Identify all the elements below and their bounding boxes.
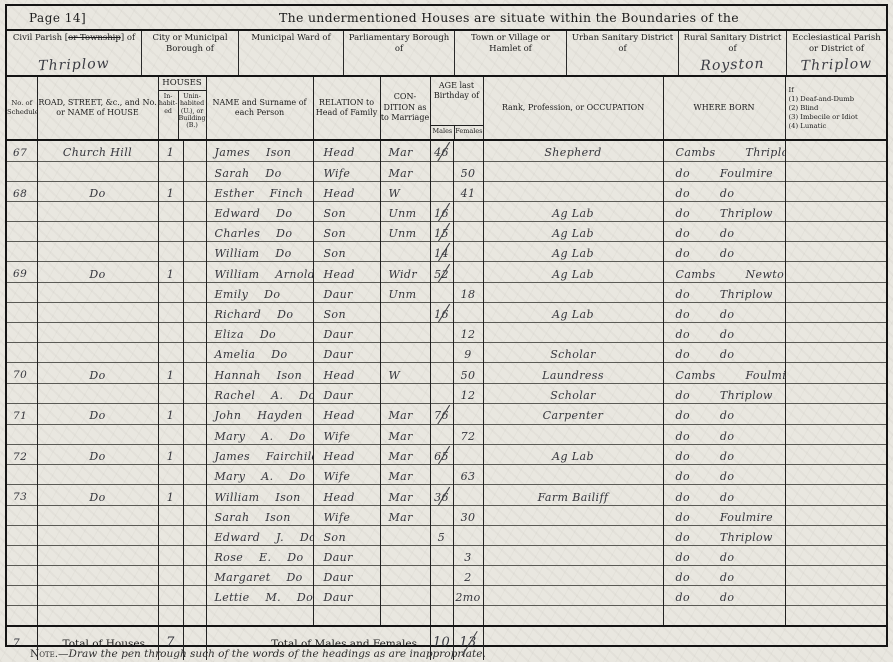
table-row: Margaret DoDaur2do do — [7, 566, 886, 586]
town-village-label: Town or Village or Hamlet of — [471, 33, 550, 54]
cell-age_m — [430, 424, 453, 444]
parliamentary-borough-value — [344, 72, 454, 76]
cell-born: do do — [663, 444, 785, 465]
cell-age_m-value: 36 — [434, 492, 449, 505]
cell-age_m — [430, 161, 453, 181]
cell-age_m — [430, 283, 453, 303]
cell-relation-value: Daur — [314, 552, 353, 565]
header-females: Females — [454, 126, 482, 139]
cell-schedule — [7, 525, 37, 545]
cell-uninhabited — [183, 222, 206, 242]
cell-age_f: 18 — [453, 283, 483, 303]
cell-infirmity — [785, 383, 886, 403]
cell-road: Do — [37, 485, 158, 506]
cell-age_f-value: 50 — [461, 168, 476, 181]
cell-age_m: 36 — [430, 485, 453, 506]
cell-schedule-value — [7, 439, 13, 440]
cell-name-value: Amelia Do — [207, 349, 288, 362]
cell-condition-value — [381, 560, 389, 561]
cell-relation: Head — [313, 444, 380, 465]
cell-infirmity — [785, 283, 886, 303]
cell-name: Sarah Ison — [206, 505, 313, 525]
ecclesiastical-parish-label: Ecclesiastical Parish or District of — [792, 33, 880, 54]
cell-age_m-value: 52 — [434, 269, 449, 282]
cell-name-value: Charles Do — [207, 228, 293, 241]
cell-relation-value: Wife — [314, 471, 351, 484]
table-row: 68Do1Esther FinchHeadW41do do — [7, 181, 886, 202]
cell-condition: Mar — [380, 161, 430, 181]
cell-occupation — [483, 586, 663, 606]
cell-born-value: do Thriplow — [664, 208, 773, 221]
cell-name: Emily Do — [206, 283, 313, 303]
cell-name-value — [207, 620, 215, 621]
cell-name-value: Margaret Do — [207, 572, 303, 585]
cell-road — [37, 303, 158, 323]
table-row: 69Do1William ArnoldHeadWidr52Ag LabCambs… — [7, 262, 886, 283]
cell-born: do do — [663, 222, 785, 242]
cell-inhabited: 1 — [158, 181, 183, 202]
cell-inhabited-value: 1 — [167, 147, 174, 160]
cell-infirmity — [785, 161, 886, 181]
cell-condition-value: Unm — [381, 289, 417, 302]
town-village-value — [455, 72, 566, 76]
cell-relation — [313, 606, 380, 627]
cell-infirmity — [785, 140, 886, 161]
cell-road — [37, 525, 158, 545]
cell-name-value: William Arnold — [207, 269, 314, 282]
cell-relation-value: Son — [314, 532, 346, 545]
cell-occupation: Carpenter — [483, 404, 663, 425]
cell-schedule-value — [7, 560, 13, 561]
cell-relation-value: Daur — [314, 289, 353, 302]
cell-occupation: Ag Lab — [483, 303, 663, 323]
cell-condition — [380, 586, 430, 606]
cell-name-value: Rose E. Do — [207, 552, 304, 565]
cell-name-value: James Ison — [207, 147, 292, 160]
cell-uninhabited — [183, 586, 206, 606]
cell-name-value: Richard Do — [207, 309, 294, 322]
cell-road-value: Do — [89, 370, 105, 383]
cell-schedule-value — [7, 256, 13, 257]
sheet-title: The undermentioned Houses are situate wi… — [279, 10, 886, 25]
cell-age_f — [453, 202, 483, 222]
cell-condition-value: Mar — [381, 431, 413, 444]
header-age-group: AGE last Birthday of Males Females — [430, 77, 483, 140]
cell-born: do do — [663, 303, 785, 323]
cell-inhabited — [158, 586, 183, 606]
cell-schedule: 68 — [7, 181, 37, 202]
cell-inhabited — [158, 525, 183, 545]
cell-name-value: Edward Do — [207, 208, 293, 221]
table-row: William DoSon14Ag Labdo do — [7, 242, 886, 262]
cell-age_f-value: 41 — [461, 188, 476, 201]
cell-occupation — [483, 181, 663, 202]
cell-condition-value — [381, 398, 389, 399]
cell-relation-value: Daur — [314, 349, 353, 362]
cell-road-value: Do — [89, 269, 105, 282]
cell-age_f-value: 12 — [461, 390, 476, 403]
cell-age_m — [430, 586, 453, 606]
cell-infirmity — [785, 566, 886, 586]
table-row: Amelia DoDaur9Scholardo do — [7, 343, 886, 363]
cell-infirmity — [785, 242, 886, 262]
cell-born-value: do Foulmire — [664, 512, 774, 525]
cell-uninhabited — [183, 283, 206, 303]
cell-infirmity — [785, 323, 886, 343]
cell-condition: Mar — [380, 465, 430, 485]
cell-condition: Mar — [380, 505, 430, 525]
cell-age_m: 65 — [430, 444, 453, 465]
cell-born-value: do do — [664, 592, 735, 605]
cell-age_f-value: 72 — [461, 431, 476, 444]
civil-parish-label-post: ] of — [121, 33, 135, 43]
cell-born-value: do Thriplow — [664, 390, 773, 403]
header-houses-group: HOUSES In-habit-ed Unin-habited (U.), or… — [158, 77, 206, 140]
cell-name: James Fairchild — [206, 444, 313, 465]
cell-age_m-value: 76 — [434, 410, 449, 423]
cell-age_f: 63 — [453, 465, 483, 485]
cell-road: Do — [37, 444, 158, 465]
cell-relation-value: Head — [314, 451, 355, 464]
cell-inhabited — [158, 202, 183, 222]
cell-road — [37, 424, 158, 444]
cell-relation-value: Wife — [314, 168, 351, 181]
cell-relation: Wife — [313, 465, 380, 485]
cell-condition: Mar — [380, 404, 430, 425]
cell-infirmity — [785, 181, 886, 202]
cell-age_f-value: 9 — [464, 349, 471, 362]
cell-uninhabited — [183, 485, 206, 506]
cell-schedule — [7, 606, 37, 627]
cell-inhabited: 1 — [158, 404, 183, 425]
cell-condition-value — [381, 540, 389, 541]
cell-age_f: 41 — [453, 181, 483, 202]
cell-road — [37, 202, 158, 222]
parliamentary-borough-box: Parliamentary Borough of — [344, 31, 455, 75]
cell-age_m: 46 — [430, 140, 453, 161]
cell-schedule-value — [7, 216, 13, 217]
cell-schedule-value: 72 — [7, 452, 27, 465]
cell-age_f-value: 18 — [461, 289, 476, 302]
cell-born: do Thriplow — [663, 283, 785, 303]
cell-age_m: 5 — [430, 525, 453, 545]
cell-relation: Wife — [313, 505, 380, 525]
cell-condition — [380, 525, 430, 545]
cell-relation: Head — [313, 363, 380, 384]
cell-age_f — [453, 444, 483, 465]
cell-infirmity — [785, 222, 886, 242]
cell-schedule-value — [7, 236, 13, 237]
cell-age_m — [430, 323, 453, 343]
cell-born: do Thriplow — [663, 202, 785, 222]
cell-relation-value: Son — [314, 208, 346, 221]
cell-uninhabited — [183, 262, 206, 283]
cell-uninhabited — [183, 181, 206, 202]
cell-infirmity — [785, 606, 886, 627]
cell-age_f: 50 — [453, 363, 483, 384]
cell-occupation: Scholar — [483, 383, 663, 403]
table-row: Mary A. DoWifeMar72do do — [7, 424, 886, 444]
cell-condition-value: W — [381, 370, 401, 383]
table-row: Rose E. DoDaur3do do — [7, 546, 886, 566]
cell-born-value: do do — [664, 188, 735, 201]
cell-relation-value: Head — [314, 269, 355, 282]
cell-schedule — [7, 465, 37, 485]
cell-condition — [380, 383, 430, 403]
header-uninhabited: Unin-habited (U.), or Building (B.) — [178, 91, 206, 139]
cell-born: Cambs Thriplow — [663, 140, 785, 161]
cell-schedule — [7, 222, 37, 242]
cell-schedule — [7, 383, 37, 403]
cell-age_f: 30 — [453, 505, 483, 525]
ecclesiastical-parish-box: Ecclesiastical Parish or District of Thr… — [787, 31, 886, 75]
infirmity-line-4: (4) Lunatic — [789, 122, 887, 131]
cell-condition-value: Mar — [381, 492, 413, 505]
cell-uninhabited — [183, 444, 206, 465]
header-schedule: No. of Schedule — [7, 77, 37, 140]
cell-infirmity — [785, 586, 886, 606]
cell-relation: Daur — [313, 323, 380, 343]
cell-relation: Head — [313, 404, 380, 425]
cell-relation: Son — [313, 202, 380, 222]
cell-condition-value: Mar — [381, 471, 413, 484]
cell-born-value: do do — [664, 492, 735, 505]
cell-road-value: Do — [89, 188, 105, 201]
municipal-borough-value — [142, 72, 238, 75]
header-road: ROAD, STREET, &c., and No. or NAME of HO… — [37, 77, 158, 140]
cell-condition-value — [381, 317, 389, 318]
cell-relation: Son — [313, 525, 380, 545]
civil-parish-label-pre: Civil Parish [ — [13, 33, 68, 43]
cell-born: do Thriplow — [663, 525, 785, 545]
cell-age_f — [453, 222, 483, 242]
cell-occupation-value: Ag Lab — [552, 248, 594, 261]
cell-road-value: Do — [89, 451, 105, 464]
cell-age_m: 16 — [430, 202, 453, 222]
cell-occupation-value: Ag Lab — [552, 208, 594, 221]
cell-relation-value: Head — [314, 410, 355, 423]
cell-born-value: Cambs Foulmire — [664, 370, 786, 383]
cell-born-value: Cambs Thriplow — [664, 147, 786, 160]
cell-inhabited-value: 1 — [167, 492, 174, 505]
cell-relation-value: Son — [314, 248, 346, 261]
cell-relation: Daur — [313, 566, 380, 586]
cell-age_f-value: 50 — [461, 370, 476, 383]
cell-age_m-value: 46 — [434, 147, 449, 160]
cell-condition: Mar — [380, 424, 430, 444]
cell-schedule-value — [7, 479, 13, 480]
page-number: Page 14] — [7, 11, 279, 25]
cell-condition-value — [381, 600, 389, 601]
cell-inhabited — [158, 606, 183, 627]
cell-born-value: do do — [664, 349, 735, 362]
cell-relation-value: Wife — [314, 512, 351, 525]
cell-uninhabited — [183, 323, 206, 343]
cell-born-value: do do — [664, 451, 735, 464]
census-rows: 67Church Hill1James IsonHeadMar46Shepher… — [7, 140, 886, 626]
cell-relation: Daur — [313, 546, 380, 566]
cell-age_f-value: 12 — [461, 329, 476, 342]
cell-condition: Mar — [380, 444, 430, 465]
cell-condition-value — [381, 357, 389, 358]
cell-age_m-value: 14 — [434, 248, 449, 261]
cell-name-value: James Fairchild — [207, 451, 314, 464]
cell-occupation: Scholar — [483, 343, 663, 363]
cell-road: Do — [37, 363, 158, 384]
cell-occupation-value: Carpenter — [543, 410, 604, 423]
cell-inhabited-value: 1 — [167, 410, 174, 423]
cell-condition — [380, 303, 430, 323]
cell-age_f — [453, 140, 483, 161]
cell-infirmity — [785, 363, 886, 384]
cell-inhabited-value: 1 — [167, 269, 174, 282]
cell-age_m — [430, 546, 453, 566]
infirmity-line-3: (3) Imbecile or Idiot — [789, 113, 887, 122]
cell-condition-value: Widr — [381, 269, 418, 282]
cell-occupation-value: Ag Lab — [552, 451, 594, 464]
cell-uninhabited — [183, 424, 206, 444]
cell-name-value: Mary A. Do — [207, 431, 306, 444]
cell-age_f — [453, 525, 483, 545]
cell-name: James Ison — [206, 140, 313, 161]
cell-age_m-value: 16 — [434, 208, 449, 221]
cell-name-value: Edward J. Do — [207, 532, 314, 545]
cell-condition-value — [381, 337, 389, 338]
municipal-ward-box: Municipal Ward of — [239, 31, 344, 75]
cell-relation: Wife — [313, 161, 380, 181]
cell-age_m: 15 — [430, 222, 453, 242]
cell-born-value: do do — [664, 248, 735, 261]
cell-condition-value: Mar — [381, 512, 413, 525]
cell-road — [37, 323, 158, 343]
cell-born-value: do do — [664, 329, 735, 342]
cell-road — [37, 566, 158, 586]
civil-parish-box: Civil Parish [or Township] of Thriplow — [7, 31, 142, 75]
cell-age_m: 14 — [430, 242, 453, 262]
cell-schedule-value — [7, 600, 13, 601]
cell-infirmity — [785, 343, 886, 363]
cell-inhabited: 1 — [158, 262, 183, 283]
cell-condition-value — [381, 620, 389, 621]
cell-age_m: 16 — [430, 303, 453, 323]
cell-name: Rachel A. Do — [206, 383, 313, 403]
cell-schedule-value — [7, 176, 13, 177]
cell-relation: Head — [313, 140, 380, 161]
cell-condition-value: Mar — [381, 147, 413, 160]
cell-born: do do — [663, 323, 785, 343]
header-houses: HOUSES — [159, 77, 206, 91]
cell-born: do do — [663, 242, 785, 262]
cell-name: William Ison — [206, 485, 313, 506]
cell-inhabited — [158, 242, 183, 262]
location-header-row: Civil Parish [or Township] of Thriplow C… — [7, 31, 886, 77]
cell-schedule-value: 73 — [7, 492, 27, 505]
cell-name: John Hayden — [206, 404, 313, 425]
cell-infirmity — [785, 546, 886, 566]
infirmity-line-2: (2) Blind — [789, 104, 887, 113]
cell-infirmity — [785, 404, 886, 425]
cell-schedule — [7, 242, 37, 262]
cell-uninhabited — [183, 465, 206, 485]
cell-born: do do — [663, 566, 785, 586]
sheet-frame: Page 14] The undermentioned Houses are s… — [5, 4, 888, 647]
cell-relation: Wife — [313, 424, 380, 444]
cell-relation: Head — [313, 262, 380, 283]
table-row: 73Do1William IsonHeadMar36Farm Bailiffdo… — [7, 485, 886, 506]
cell-condition — [380, 606, 430, 627]
cell-infirmity — [785, 485, 886, 506]
footer-note-text: —Draw the pen through such of the words … — [58, 648, 486, 660]
cell-schedule: 69 — [7, 262, 37, 283]
urban-sanitary-label: Urban Sanitary District of — [572, 33, 673, 54]
cell-occupation: Ag Lab — [483, 242, 663, 262]
cell-name: Eliza Do — [206, 323, 313, 343]
cell-name-value: Mary A. Do — [207, 471, 306, 484]
cell-born: do Foulmire — [663, 161, 785, 181]
cell-infirmity — [785, 465, 886, 485]
cell-inhabited — [158, 424, 183, 444]
cell-occupation — [483, 161, 663, 181]
census-table: No. of Schedule ROAD, STREET, &c., and N… — [7, 77, 886, 660]
cell-name: Amelia Do — [206, 343, 313, 363]
cell-age_m-value: 65 — [434, 451, 449, 464]
cell-name-value: Lettie M. Do — [207, 592, 314, 605]
cell-name-value: Rachel A. Do — [207, 390, 314, 403]
cell-occupation — [483, 566, 663, 586]
cell-name: William Arnold — [206, 262, 313, 283]
table-row: 67Church Hill1James IsonHeadMar46Shepher… — [7, 140, 886, 161]
cell-relation: Son — [313, 303, 380, 323]
cell-born: do do — [663, 485, 785, 506]
cell-uninhabited — [183, 546, 206, 566]
cell-name-value: Sarah Do — [207, 168, 282, 181]
cell-schedule: 71 — [7, 404, 37, 425]
cell-uninhabited — [183, 140, 206, 161]
cell-occupation-value: Shepherd — [544, 147, 601, 160]
cell-inhabited-value: 1 — [167, 451, 174, 464]
cell-condition: Unm — [380, 283, 430, 303]
cell-schedule — [7, 546, 37, 566]
table-row: 70Do1Hannah IsonHeadW50LaundressCambs Fo… — [7, 363, 886, 384]
census-sheet: Page 14] The undermentioned Houses are s… — [0, 0, 893, 662]
cell-occupation — [483, 465, 663, 485]
infirmity-line-0: If — [789, 86, 887, 95]
cell-uninhabited — [183, 383, 206, 403]
cell-schedule: 67 — [7, 140, 37, 161]
cell-relation-value: Wife — [314, 431, 351, 444]
cell-name-value: Eliza Do — [207, 329, 277, 342]
cell-inhabited — [158, 343, 183, 363]
cell-schedule-value — [7, 337, 13, 338]
cell-schedule-value — [7, 540, 13, 541]
cell-occupation-value: Farm Bailiff — [538, 492, 609, 505]
cell-occupation — [483, 606, 663, 627]
cell-occupation — [483, 525, 663, 545]
cell-infirmity — [785, 202, 886, 222]
cell-infirmity — [785, 505, 886, 525]
cell-name-value: John Hayden — [207, 410, 303, 423]
cell-condition-value — [381, 580, 389, 581]
cell-born-value: do do — [664, 431, 735, 444]
cell-condition: Unm — [380, 222, 430, 242]
cell-age_f-value: 63 — [461, 471, 476, 484]
cell-name: Edward Do — [206, 202, 313, 222]
cell-inhabited — [158, 303, 183, 323]
cell-occupation: Laundress — [483, 363, 663, 384]
cell-age_m-value: 5 — [438, 532, 445, 545]
cell-inhabited — [158, 161, 183, 181]
cell-condition-value: Unm — [381, 228, 417, 241]
